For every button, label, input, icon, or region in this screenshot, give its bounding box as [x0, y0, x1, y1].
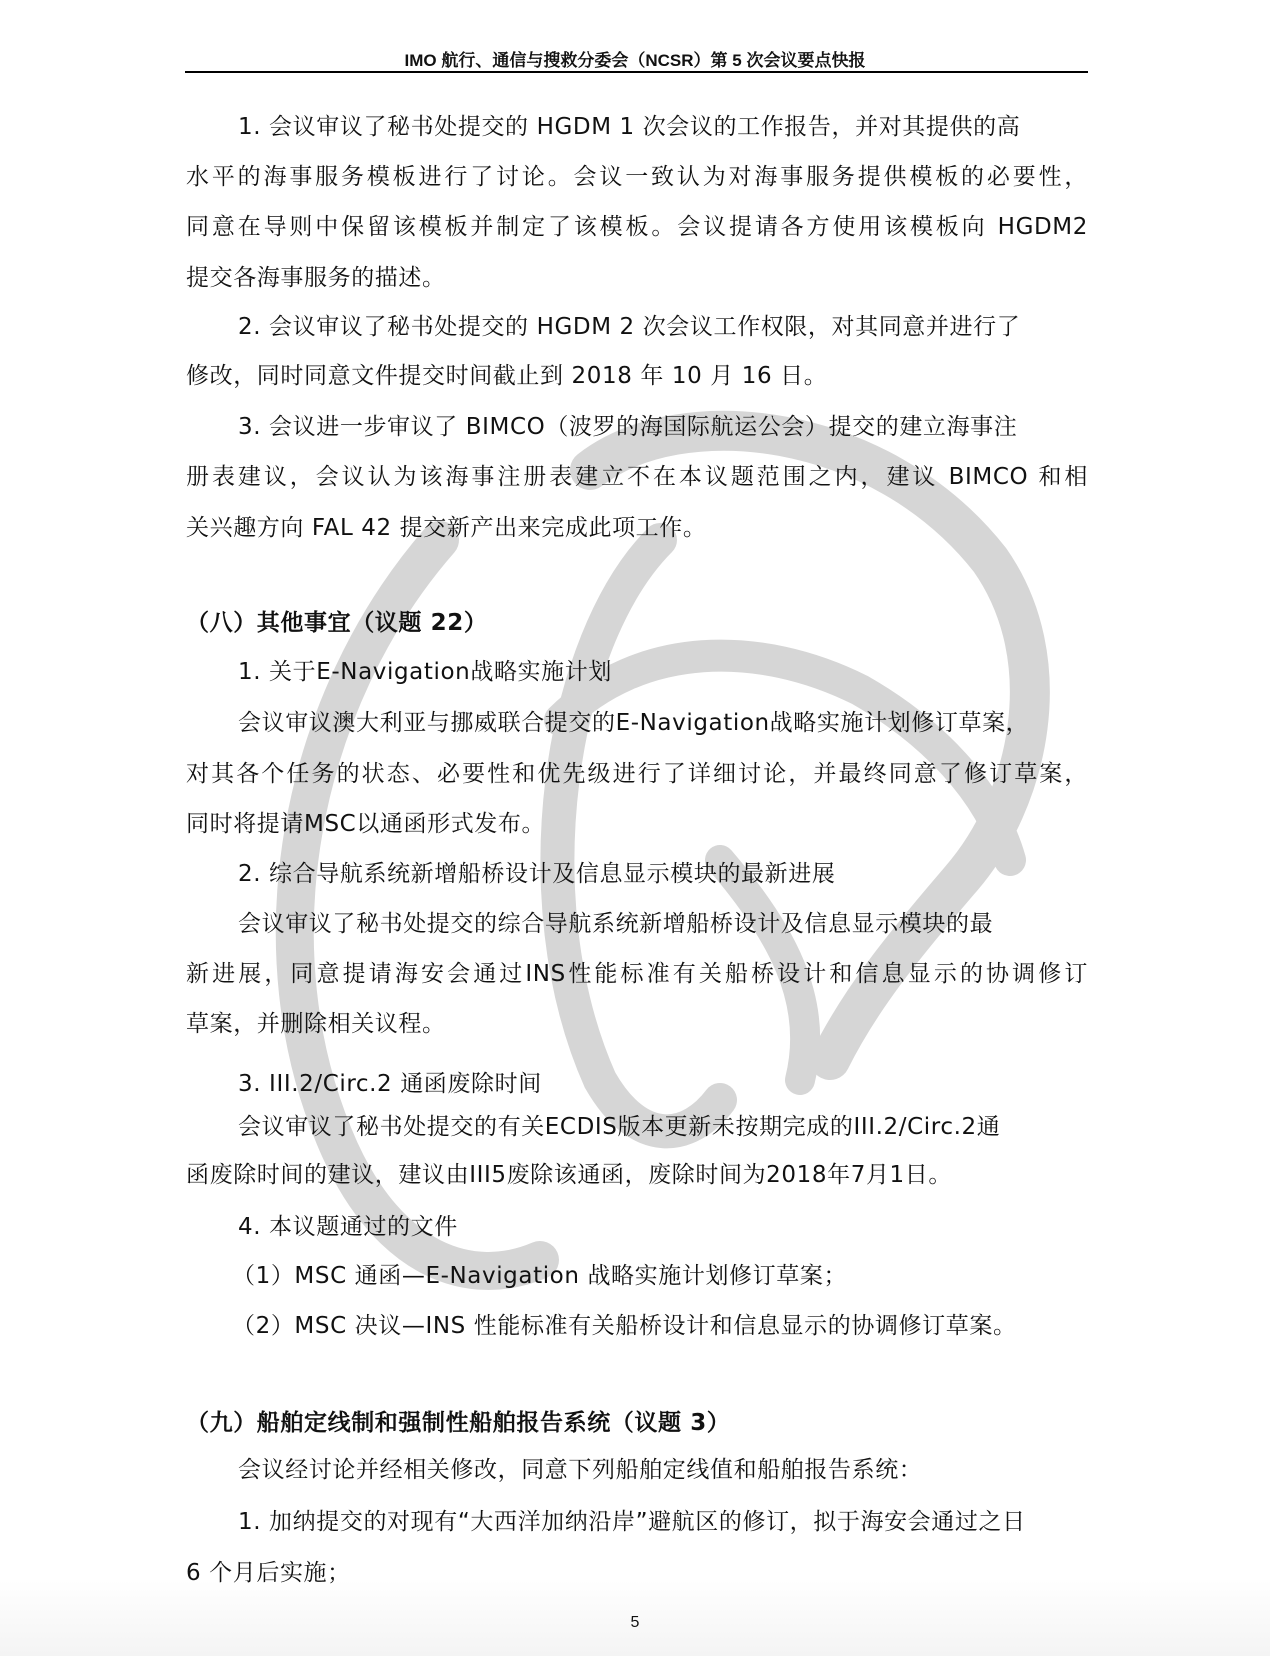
paragraph-line: 同时将提请MSC以通函形式发布。	[186, 809, 1088, 839]
header-divider	[185, 71, 1088, 73]
paragraph-line: 水平的海事服务模板进行了讨论。会议一致认为对海事服务提供模板的必要性，	[186, 162, 1088, 192]
paragraph-line: 草案，并删除相关议程。	[186, 1009, 1088, 1039]
paragraph-line: 新进展，同意提请海安会通过INS性能标准有关船桥设计和信息显示的协调修订	[186, 959, 1088, 989]
section-heading-8: （八）其他事宜（议题 22）	[186, 608, 1088, 638]
document-header-title: IMO 航行、通信与搜救分委会（NCSR）第 5 次会议要点快报	[0, 46, 1270, 71]
paragraph-line: 册表建议，会议认为该海事注册表建立不在本议题范围之内，建议 BIMCO 和相	[186, 462, 1088, 492]
paragraph-line: 对其各个任务的状态、必要性和优先级进行了详细讨论，并最终同意了修订草案，	[186, 759, 1088, 789]
paragraph-line: 会议审议了秘书处提交的有关ECDIS版本更新未按期完成的III.2/Circ.2…	[238, 1112, 1088, 1142]
list-item: （2）MSC 决议—INS 性能标准有关船桥设计和信息显示的协调修订草案。	[232, 1311, 1082, 1341]
paragraph-line: 1. 加纳提交的对现有“大西洋加纳沿岸”避航区的修订，拟于海安会通过之日	[238, 1507, 1088, 1537]
subsection-heading: 1. 关于E-Navigation战略实施计划	[238, 657, 1088, 687]
subsection-heading: 3. III.2/Circ.2 通函废除时间	[238, 1069, 1088, 1099]
paragraph-line: 2. 会议审议了秘书处提交的 HGDM 2 次会议工作权限，对其同意并进行了	[238, 312, 1088, 342]
paragraph-line: 会议审议澳大利亚与挪威联合提交的E-Navigation战略实施计划修订草案，	[238, 708, 1088, 738]
paragraph-line: 会议审议了秘书处提交的综合导航系统新增船桥设计及信息显示模块的最	[238, 909, 1088, 939]
page-number: 5	[0, 1614, 1270, 1632]
paragraph-line: 同意在导则中保留该模板并制定了该模板。会议提请各方使用该模板向 HGDM2	[186, 212, 1088, 242]
subsection-heading: 4. 本议题通过的文件	[238, 1212, 1088, 1242]
paragraph-line: 1. 会议审议了秘书处提交的 HGDM 1 次会议的工作报告，并对其提供的高	[238, 112, 1088, 142]
paragraph-line: 关兴趣方向 FAL 42 提交新产出来完成此项工作。	[186, 513, 1088, 543]
section-heading-9: （九）船舶定线制和强制性船舶报告系统（议题 3）	[186, 1408, 1088, 1438]
paragraph-line: 函废除时间的建议，建议由III5废除该通函，废除时间为2018年7月1日。	[186, 1160, 1088, 1190]
paragraph-line: 会议经讨论并经相关修改，同意下列船舶定线值和船舶报告系统：	[238, 1455, 1088, 1485]
paragraph-line: 6 个月后实施；	[186, 1558, 1088, 1588]
subsection-heading: 2. 综合导航系统新增船桥设计及信息显示模块的最新进展	[238, 859, 1088, 889]
paragraph-line: 修改，同时同意文件提交时间截止到 2018 年 10 月 16 日。	[186, 361, 1088, 391]
paragraph-line: 提交各海事服务的描述。	[186, 263, 1088, 293]
paragraph-line: 3. 会议进一步审议了 BIMCO（波罗的海国际航运公会）提交的建立海事注	[238, 412, 1088, 442]
list-item: （1）MSC 通函—E-Navigation 战略实施计划修订草案；	[232, 1261, 1082, 1291]
